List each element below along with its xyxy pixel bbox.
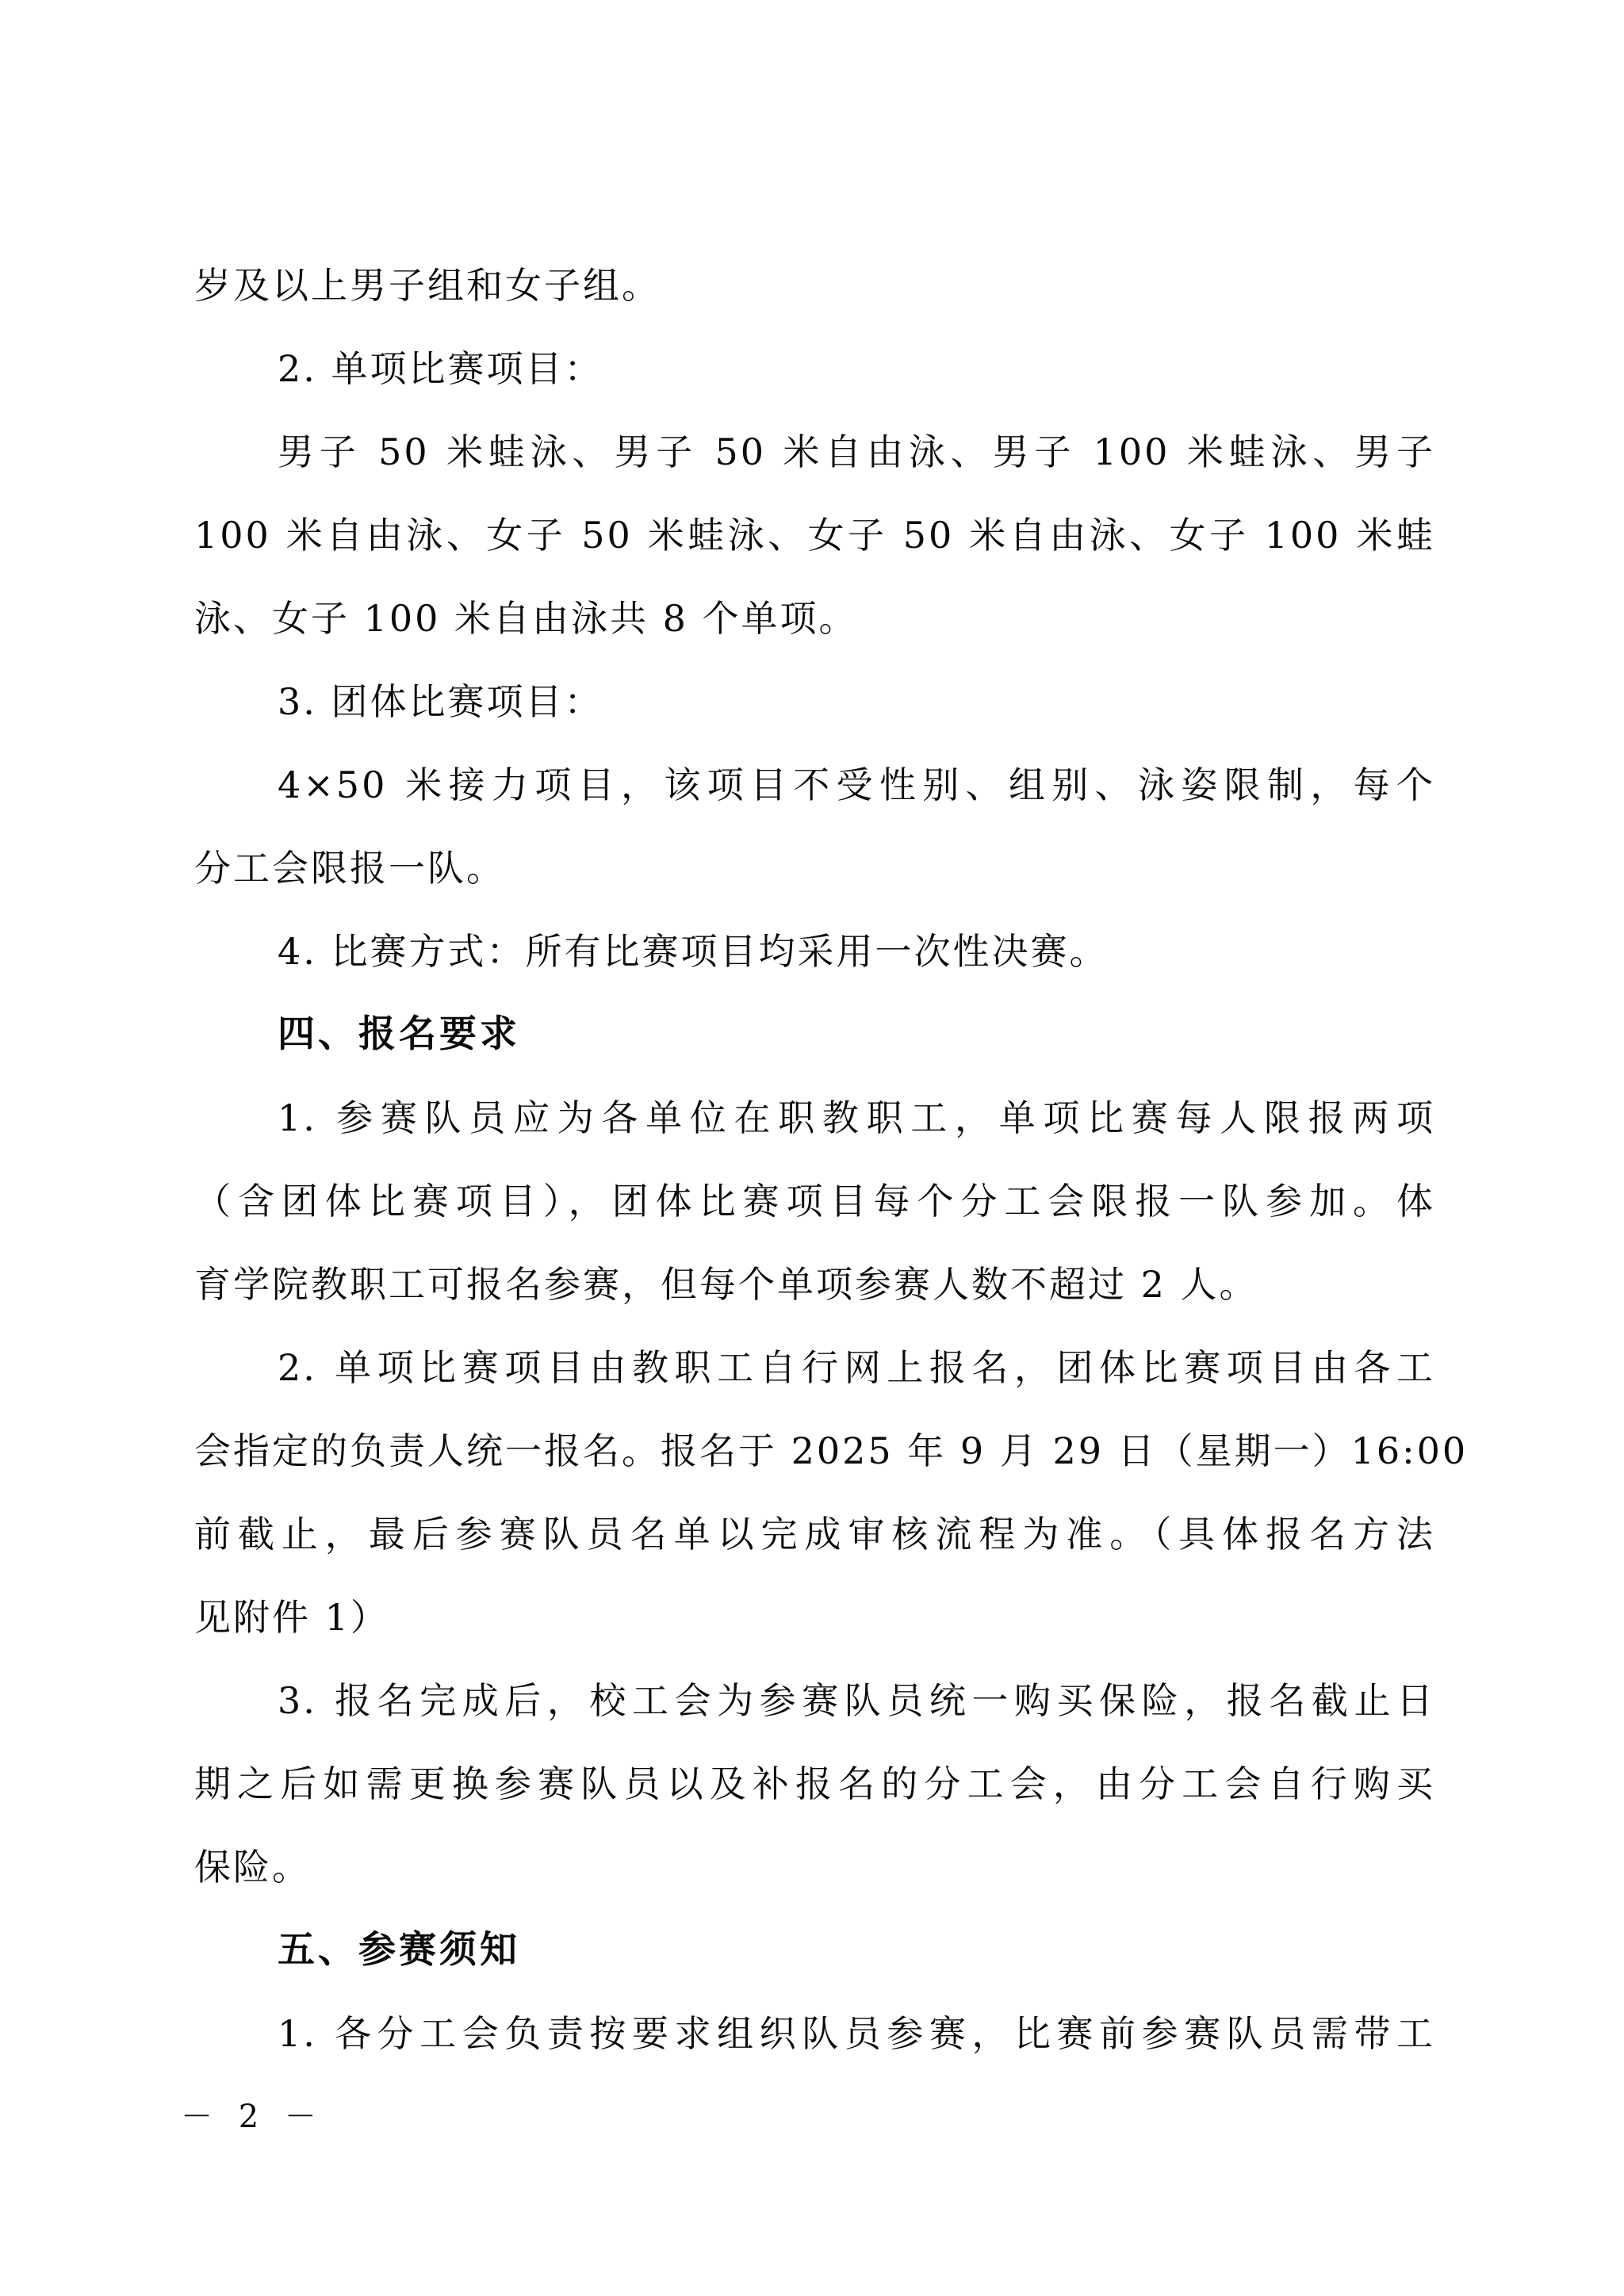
body-line-registration-1: 2. 单项比赛项目由教职工自行网上报名，团体比赛项目由各工 (278, 1344, 1435, 1391)
body-line-registration-4: 见附件 1） (194, 1594, 1435, 1641)
body-line-registration-2: 会指定的负责人统一报名。报名于 2025 年 9 月 29 日（星期一）16:0… (194, 1427, 1435, 1475)
body-line-notice-1: 1. 各分工会负责按要求组织队员参赛，比赛前参赛队员需带工 (278, 2010, 1435, 2057)
body-line-eligibility-1: 1. 参赛队员应为各单位在职教职工，单项比赛每人限报两项 (278, 1094, 1435, 1142)
body-line-relay-2: 分工会限报一队。 (194, 844, 1435, 892)
body-line-age-groups: 岁及以上男子组和女子组。 (194, 262, 1435, 309)
document-page: 岁及以上男子组和女子组。 2. 单项比赛项目： 男子 50 米蛙泳、男子 50 … (0, 0, 1624, 2296)
body-line-registration-3: 前截止，最后参赛队员名单以完成审核流程为准。（具体报名方法 (194, 1510, 1435, 1558)
section-heading-registration: 四、报名要求 (278, 1011, 1435, 1058)
subheading-team-events: 3. 团体比赛项目： (278, 678, 1435, 725)
subheading-individual-events: 2. 单项比赛项目： (278, 345, 1435, 392)
body-line-events-3: 泳、女子 100 米自由泳共 8 个单项。 (194, 595, 1435, 642)
body-line-insurance-1: 3. 报名完成后，校工会为参赛队员统一购买保险，报名截止日 (278, 1677, 1435, 1724)
body-line-competition-format: 4. 比赛方式：所有比赛项目均采用一次性决赛。 (278, 928, 1435, 975)
body-line-insurance-3: 保险。 (194, 1843, 1435, 1891)
body-line-eligibility-3: 育学院教职工可报名参赛，但每个单项参赛人数不超过 2 人。 (194, 1261, 1435, 1308)
body-line-insurance-2: 期之后如需更换参赛队员以及补报名的分工会，由分工会自行购买 (194, 1760, 1435, 1808)
body-line-relay-1: 4×50 米接力项目，该项目不受性别、组别、泳姿限制，每个 (278, 761, 1435, 809)
body-line-events-1: 男子 50 米蛙泳、男子 50 米自由泳、男子 100 米蛙泳、男子 (278, 428, 1435, 476)
section-heading-participant-notice: 五、参赛须知 (278, 1927, 1435, 1974)
page-number: － 2 － (181, 2093, 324, 2141)
body-line-eligibility-2: （含团体比赛项目），团体比赛项目每个分工会限报一队参加。体 (194, 1177, 1435, 1225)
body-line-events-2: 100 米自由泳、女子 50 米蛙泳、女子 50 米自由泳、女子 100 米蛙 (194, 511, 1435, 559)
